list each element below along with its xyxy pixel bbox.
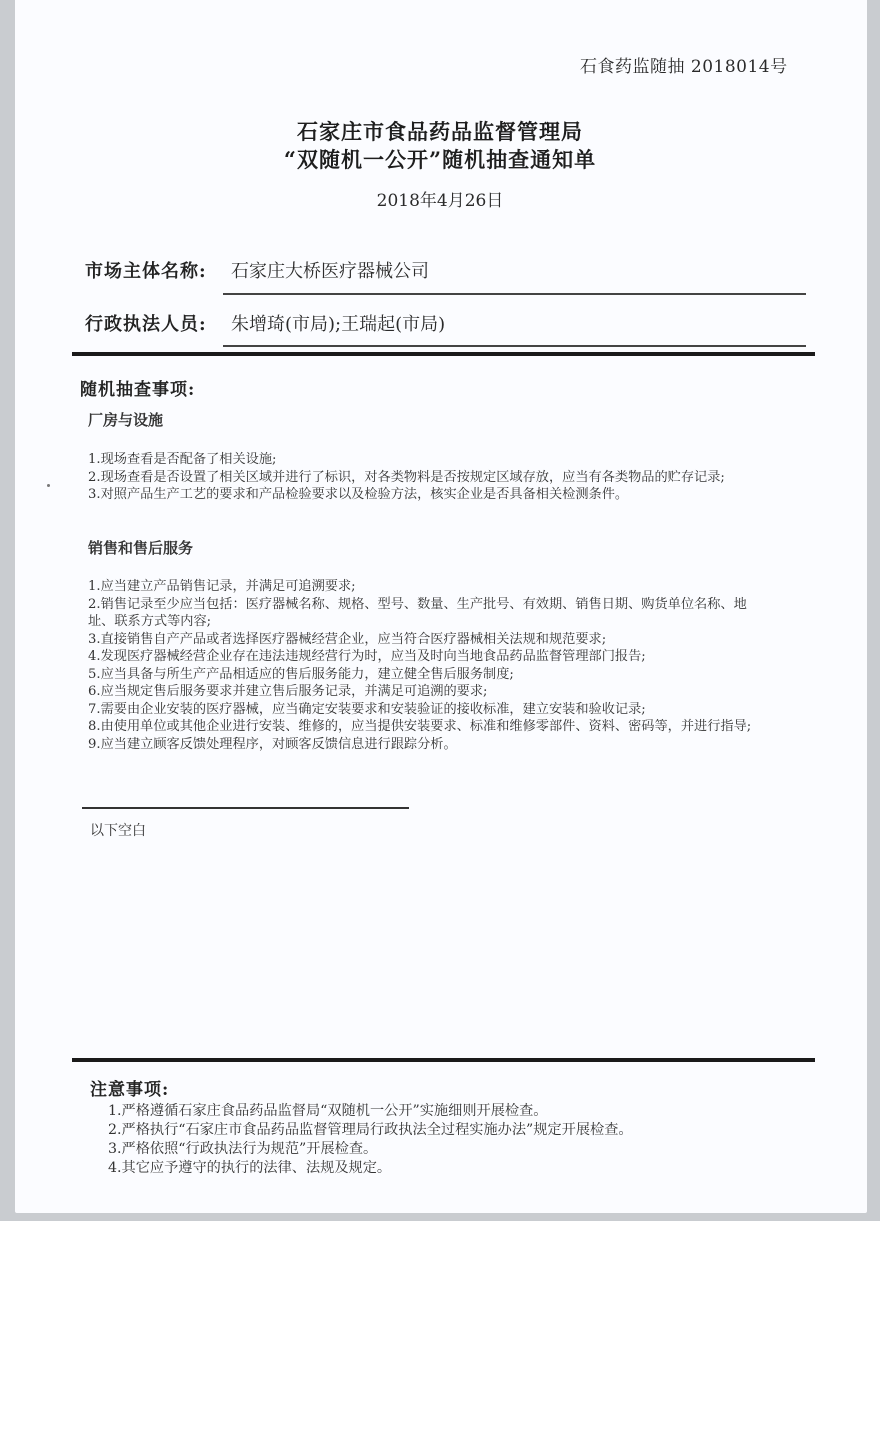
document-number: 石食药监随抽 2018014号 [580,52,788,77]
issuing-authority-title: 石家庄市食品药品监督管理局 [0,116,880,146]
list-item: 8.由使用单位或其他企业进行安装、维修的，应当提供安装要求、标准和维修零部件、资… [88,718,768,736]
list-item: 4.发现医疗器械经营企业存在违法违规经营行为时，应当及时向当地食品药品监督管理部… [88,648,768,666]
list-item: 5.应当具备与所生产产品相适应的售后服务能力，建立健全售后服务制度; [88,666,768,684]
officers-underline [223,345,806,347]
list-item: 2.销售记录至少应当包括：医疗器械名称、规格、型号、数量、生产批号、有效期、销售… [88,596,768,631]
list-item: 3.对照产品生产工艺的要求和产品检验要求以及检验方法，核实企业是否具备相关检测条… [88,486,768,504]
sales-service-item-list: 1.应当建立产品销售记录，并满足可追溯要求; 2.销售记录至少应当包括：医疗器械… [88,578,768,753]
officers-value: 朱增琦(市局);王瑞起(市局) [231,310,445,336]
officers-label: 行政执法人员: [85,310,207,336]
list-item: 3.严格依照“行政执法行为规范”开展检查。 [108,1140,808,1159]
section-title-facilities: 厂房与设施 [88,409,163,430]
list-item: 9.应当建立顾客反馈处理程序，对顾客反馈信息进行跟踪分析。 [88,736,768,754]
list-item: 7.需要由企业安装的医疗器械，应当确定安装要求和安装验证的接收标准，建立安装和验… [88,701,768,719]
list-item: 6.应当规定售后服务要求并建立售后服务记录，并满足可追溯的要求; [88,683,768,701]
list-item: 1.严格遵循石家庄食品药品监督局“双随机一公开”实施细则开展检查。 [108,1102,808,1121]
notes-heading: 注意事项: [90,1075,169,1100]
section-divider-top [72,352,815,356]
list-item: 1.现场查看是否配备了相关设施; [88,451,768,469]
end-of-items-rule [82,807,409,809]
facilities-item-list: 1.现场查看是否配备了相关设施; 2.现场查看是否设置了相关区域并进行了标识，对… [88,451,768,504]
notes-list: 1.严格遵循石家庄食品药品监督局“双随机一公开”实施细则开展检查。 2.严格执行… [108,1102,808,1178]
section-divider-notes [72,1058,815,1062]
list-item: 2.严格执行“石家庄市食品药品监督管理局行政执法全过程实施办法”规定开展检查。 [108,1121,808,1140]
notice-title: “双随机一公开”随机抽查通知单 [0,144,880,174]
list-item: 3.直接销售自产产品或者选择医疗器械经营企业，应当符合医疗器械相关法规和规范要求… [88,631,768,649]
entity-name-value: 石家庄大桥医疗器械公司 [231,257,429,283]
list-item: 2.现场查看是否设置了相关区域并进行了标识，对各类物料是否按规定区域存放，应当有… [88,469,768,487]
inspection-items-heading: 随机抽查事项: [80,375,195,400]
entity-name-underline [223,293,806,295]
scan-speck [47,484,50,487]
entity-name-label: 市场主体名称: [85,257,207,283]
list-item: 4.其它应予遵守的执行的法律、法规及规定。 [108,1159,808,1178]
issue-date: 2018年4月26日 [0,186,880,211]
section-title-sales-service: 销售和售后服务 [88,537,193,558]
list-item: 1.应当建立产品销售记录，并满足可追溯要求; [88,578,768,596]
blank-below-note: 以下空白 [90,820,146,840]
